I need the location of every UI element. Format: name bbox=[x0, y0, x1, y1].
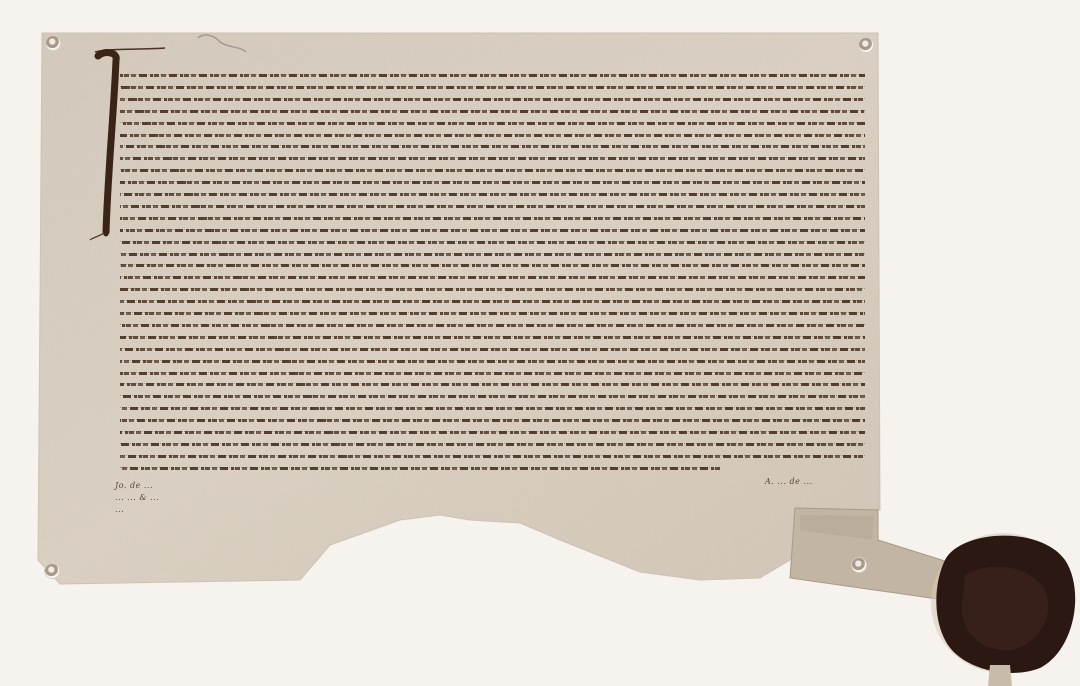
eyelet-top-right bbox=[859, 38, 873, 52]
script-line bbox=[120, 229, 865, 232]
script-line bbox=[120, 205, 865, 208]
script-line bbox=[120, 431, 865, 434]
script-line bbox=[120, 324, 865, 327]
eyelet-bottom-left bbox=[45, 564, 59, 578]
script-line bbox=[120, 419, 865, 422]
script-line bbox=[120, 193, 865, 196]
script-line bbox=[120, 300, 865, 303]
script-line bbox=[120, 74, 865, 77]
parchment-document bbox=[0, 0, 1080, 686]
script-line bbox=[120, 348, 865, 351]
script-line bbox=[120, 181, 865, 184]
photograph: Jo. de ... ... ... & ... ... A. ... de .… bbox=[0, 0, 1080, 686]
script-line bbox=[120, 443, 865, 446]
script-line bbox=[120, 467, 720, 470]
script-line bbox=[120, 360, 865, 363]
script-line bbox=[120, 98, 865, 101]
script-line bbox=[120, 336, 865, 339]
notary-signature: A. ... de ... bbox=[765, 477, 813, 486]
script-line bbox=[120, 157, 865, 160]
script-line bbox=[120, 145, 865, 148]
script-line bbox=[120, 264, 865, 267]
script-line bbox=[120, 455, 865, 458]
eyelet-strap bbox=[852, 558, 866, 572]
script-line bbox=[120, 407, 865, 410]
script-line bbox=[120, 372, 865, 375]
script-line bbox=[120, 241, 865, 244]
script-line bbox=[120, 217, 865, 220]
script-line bbox=[120, 383, 865, 386]
signature-line-1: Jo. de ... bbox=[115, 480, 159, 492]
script-line bbox=[120, 86, 865, 89]
script-line bbox=[120, 276, 865, 279]
witness-signatures: Jo. de ... ... ... & ... ... bbox=[115, 480, 159, 516]
script-line bbox=[120, 134, 865, 137]
script-line bbox=[120, 288, 865, 291]
script-line bbox=[120, 110, 865, 113]
signature-line-2: ... ... & ... bbox=[115, 492, 159, 504]
script-line bbox=[120, 122, 865, 125]
script-line bbox=[120, 253, 865, 256]
signature-line-3: ... bbox=[115, 504, 159, 516]
script-line bbox=[120, 169, 865, 172]
eyelet-top-left bbox=[46, 36, 60, 50]
script-line bbox=[120, 395, 865, 398]
script-line bbox=[120, 312, 865, 315]
